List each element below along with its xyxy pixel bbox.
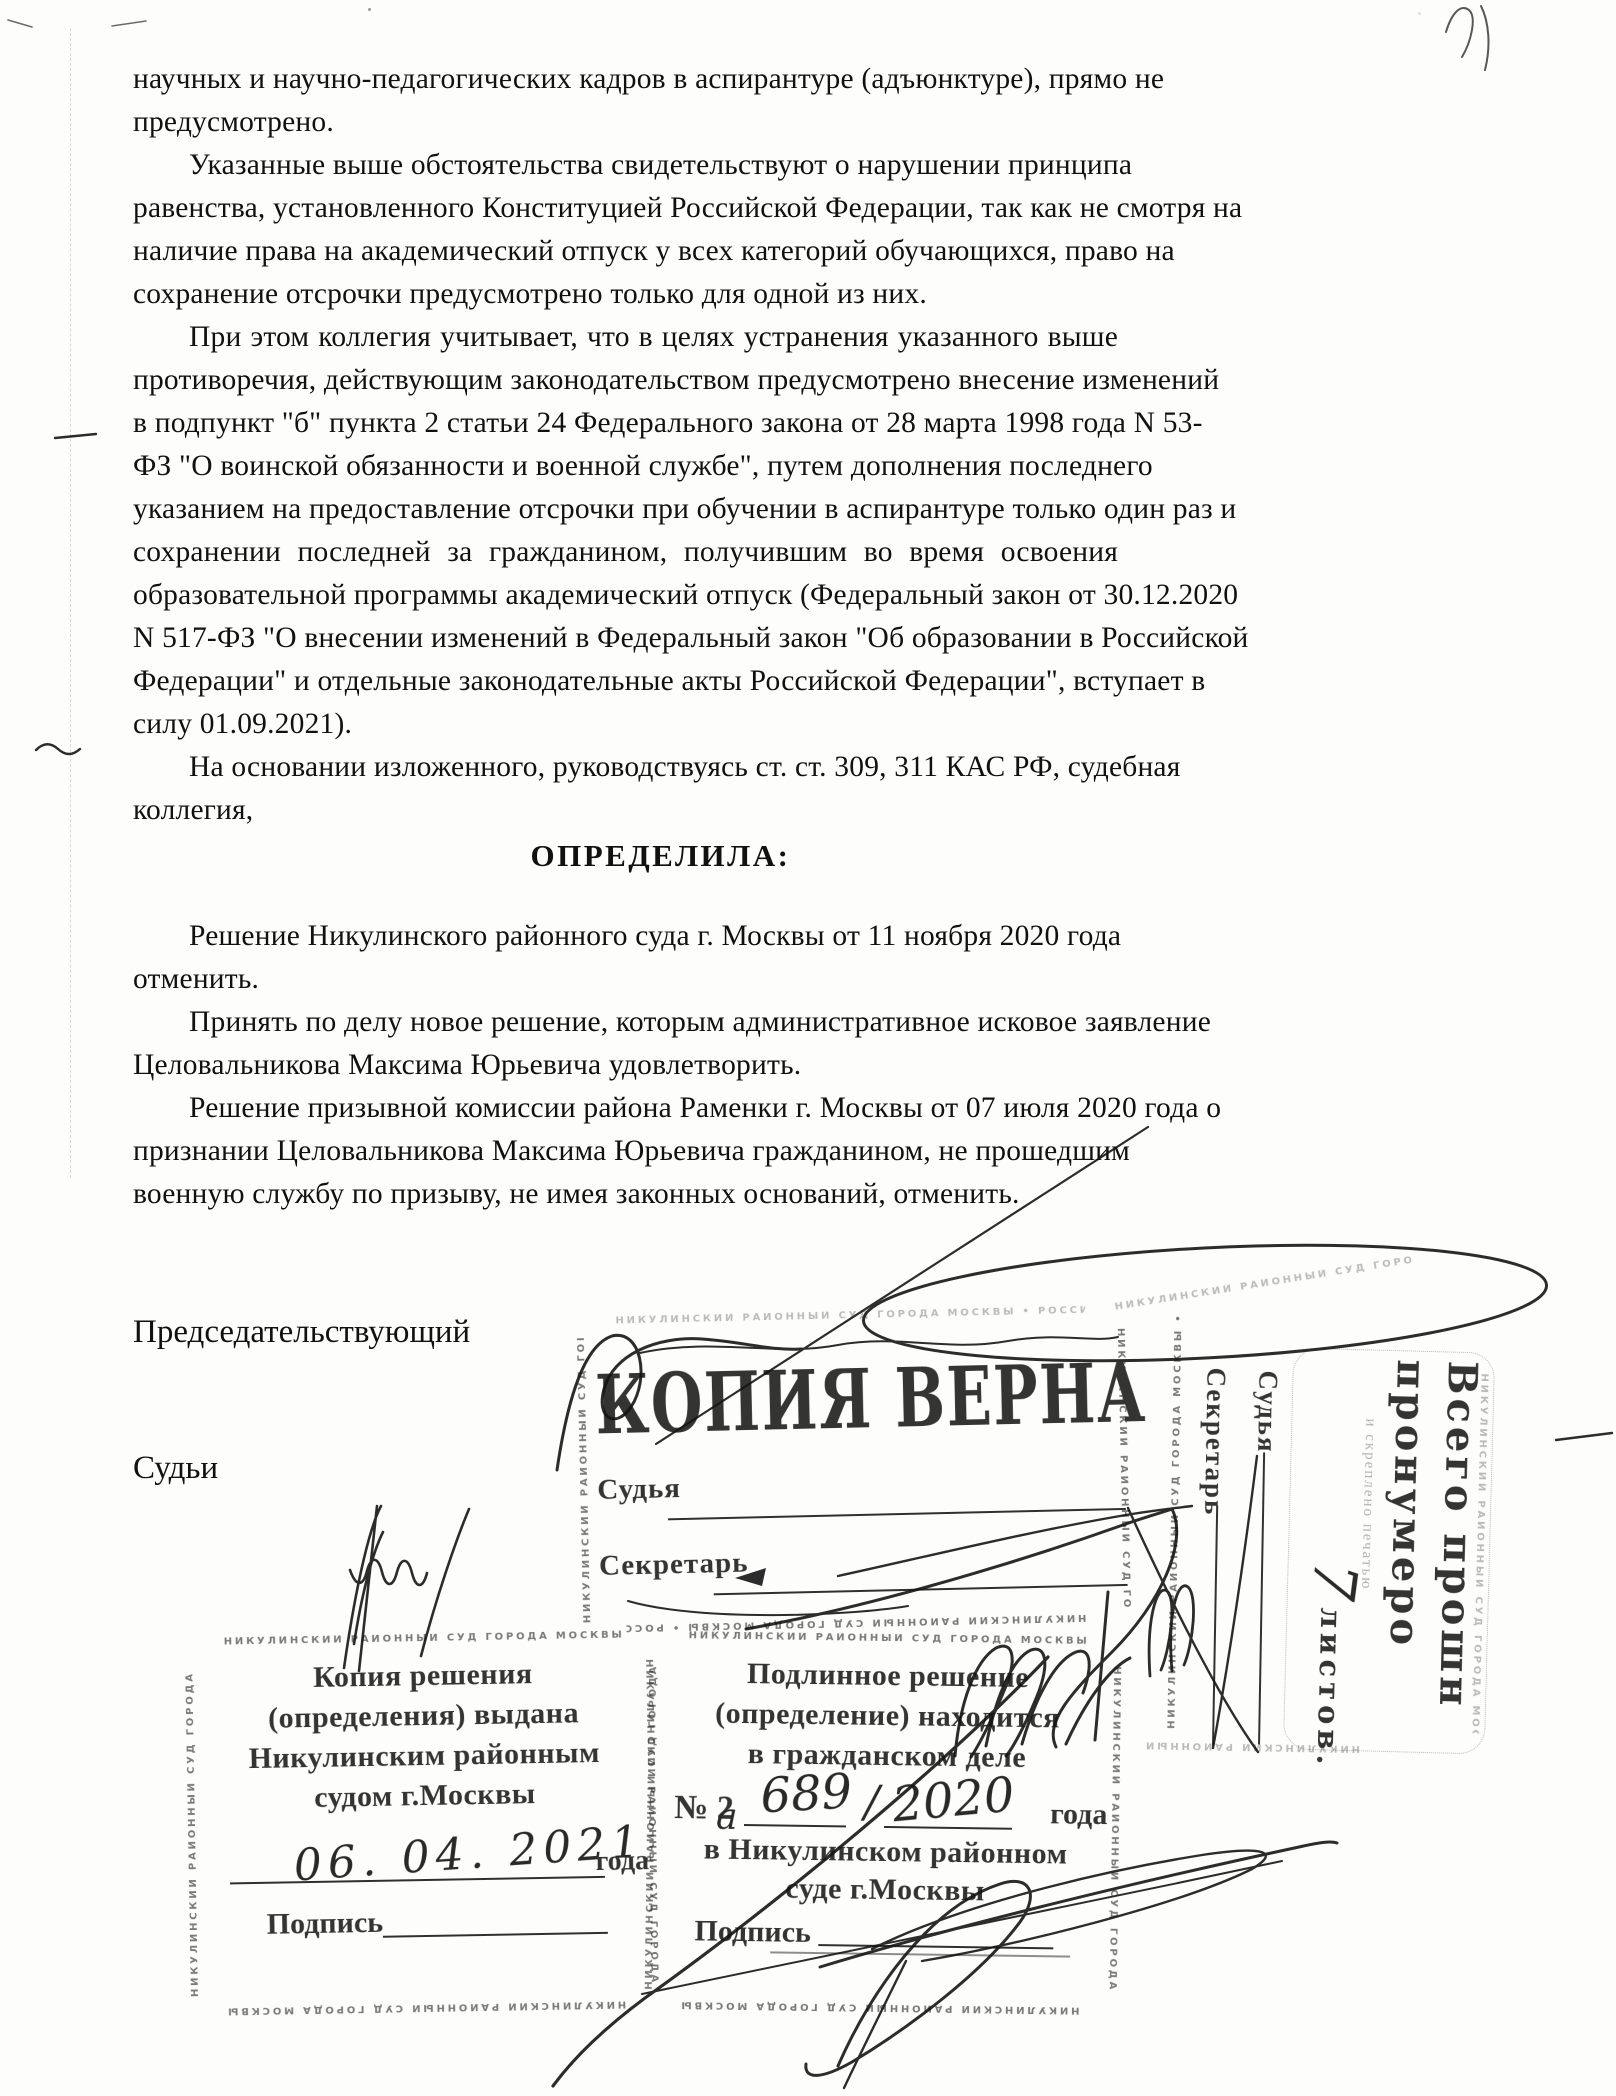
text-line: Указанные выше обстоятельства свидетельс…: [133, 144, 1118, 187]
scanned-court-document-page: научных и научно-педагогических кадров в…: [0, 0, 1616, 2096]
judge-field-label: Судья: [1251, 1370, 1283, 1454]
scan-speck: [1418, 12, 1421, 15]
original-case-line-5: суде г.Москвы: [651, 1870, 1119, 1911]
text-line: Федерации" и отдельные законодательные а…: [133, 660, 1118, 703]
text-line: научных и научно-педагогических кадров в…: [133, 58, 1118, 101]
secretary-signature-line: [714, 1584, 1128, 1595]
signature-line: [818, 1944, 1053, 1949]
signature-field-label: Подпись: [694, 1914, 811, 1950]
text-line: отменить.: [133, 958, 1118, 1001]
text-line: в подпункт "б" пункта 2 статьи 24 Федера…: [133, 402, 1118, 445]
case-number-line: [744, 1824, 846, 1827]
text-line: предусмотрено.: [133, 101, 1118, 144]
sheets-line-last: листов.: [1311, 1357, 1355, 1742]
original-case-line-1: Подлинное решение: [654, 1656, 1122, 1697]
judge-field-label: Судья: [597, 1472, 681, 1507]
stamp-ring-text: НИКУЛИНСКИЙ РАЙОННЫЙ СУД ГОРОДА МОСКВЫ •…: [226, 1998, 626, 2017]
text-line: силу 01.09.2021).: [133, 703, 1118, 746]
text-line: ФЗ "О воинской обязанности и военной слу…: [133, 445, 1118, 488]
stamp-ring-text: НИКУЛИНСКИЙ РАЙОННЫЙ СУД ГОРОДА МОСКВЫ •…: [576, 1338, 594, 1623]
stamp-ring-text: НИКУЛИНСКИЙ РАЙОННЫЙ СУД ГОРОДА МОСКВЫ •…: [615, 1305, 1085, 1328]
case-year-handwritten: 2020: [890, 1767, 1017, 1834]
text-line: противоречия, действующим законодательст…: [133, 359, 1118, 402]
copy-issued-line-3: Никулинским районным: [192, 1735, 658, 1777]
text-line: признании Целовальникова Максима Юрьевич…: [133, 1130, 1118, 1173]
copy-issued-stamp: НИКУЛИНСКИЙ РАЙОННЫЙ СУД ГОРОДА МОСКВЫ •…: [190, 1633, 662, 2019]
secretary-signature-line: [1212, 1506, 1218, 1746]
text-line: При этом коллегия учитывает, что в целях…: [133, 316, 1118, 359]
stamp-ring-text: НИКУЛИНСКИЙ РАЙОННЫЙ СУД ГОРОДА МОСКВЫ •…: [689, 1630, 1089, 1648]
copy-issued-line-4: судом г.Москвы: [192, 1775, 658, 1817]
secretary-field-label: Секретарь: [1198, 1367, 1232, 1516]
year-suffix-label: года: [595, 1845, 649, 1878]
fold-line: [70, 28, 71, 1178]
original-in-case-stamp: НИКУЛИНСКИЙ РАЙОННЫЙ СУД ГОРОДА МОСКВЫ •…: [649, 1634, 1122, 2018]
scan-speck: [368, 8, 371, 11]
stamp-ring-text: НИКУЛИНСКИЙ РАЙОННЫЙ СУД ГОРОДА МОСКВЫ •…: [224, 1630, 624, 1649]
text-line: Целовальникова Максима Юрьевича удовлетв…: [133, 1044, 1118, 1087]
judge-signature-line: [1258, 1452, 1265, 1744]
text-line: образовательной программы академический …: [133, 574, 1118, 617]
text-line: сохранении последней за гражданином, пол…: [133, 531, 1118, 574]
judge-signature-line: [668, 1508, 1126, 1520]
copy-issued-line-1: Копия решения: [190, 1655, 656, 1697]
signature-line: [383, 1932, 608, 1938]
copy-correct-title: КОПИЯ ВЕРНА: [594, 1345, 1147, 1453]
judges-label: Судьи: [133, 1450, 218, 1487]
document-body: научных и научно-педагогических кадров в…: [133, 58, 1118, 1216]
signature-line-2: [770, 1951, 1070, 1957]
text-line: Решение призывной комиссии района Раменк…: [133, 1087, 1118, 1130]
text-line: указанием на предоставление отсрочки при…: [133, 488, 1118, 531]
year-suffix-label: года: [1050, 1797, 1108, 1832]
original-case-line-2: (определение) находится: [653, 1696, 1121, 1737]
sheets-line-1: Всего прошн: [1429, 1360, 1486, 1745]
presiding-judge-label: Председательствующий: [133, 1314, 470, 1351]
text-line: коллегия,: [133, 789, 1118, 832]
original-case-line-4: в Никулинском районном: [651, 1832, 1119, 1873]
stamp-ring-text: НИКУЛИНСКИЙ РАЙОННЫЙ СУД ГОРОДА МОСКВЫ •…: [1114, 1255, 1412, 1314]
sheets-line-2: пронумеро: [1378, 1359, 1435, 1744]
stamp-ring-text: НИКУЛИНСКИЙ РАЙОННЫЙ СУД ГОРОДА МОСКВЫ •…: [679, 1998, 1079, 2016]
sheets-stamp-text: Всего прошн пронумеро и скреплено печать…: [1292, 1357, 1486, 1746]
case-slash-handwritten: /: [864, 1777, 880, 1828]
copy-issued-line-2: (определения) выдана: [191, 1695, 657, 1737]
case-number-handwritten: 689: [759, 1763, 854, 1824]
text-line: На основании изложенного, руководствуясь…: [133, 746, 1118, 789]
text-line: сохранение отсрочки предусмотрено только…: [133, 273, 1118, 316]
sheets-line-faint: и скреплено печатью: [1353, 1358, 1380, 1742]
text-line: равенства, установленного Конституцией Р…: [133, 187, 1118, 230]
stamp-ring-text: НИКУЛИНСКИЙ РАЙОННЫЙ СУД ГОРОДА МОСКВЫ •…: [1166, 1309, 1185, 1729]
text-line: военную службу по призыву, не имея закон…: [133, 1173, 1118, 1216]
original-case-line-3: в гражданском деле: [653, 1736, 1121, 1777]
signature-field-label: Подпись: [266, 1906, 383, 1942]
ruling-heading: ОПРЕДЕЛИЛА:: [168, 834, 1153, 877]
sheets-count-stamp: НИКУЛИНСКИЙ РАЙОННЫЙ СУД ГОРОДА МОСКВЫ •…: [1283, 1347, 1495, 1754]
secretary-field-label: Секретарь: [599, 1547, 749, 1583]
text-line: N 517-ФЗ "О внесении изменений в Федерал…: [133, 617, 1118, 660]
text-line: Решение Никулинского районного суда г. М…: [133, 915, 1118, 958]
copy-correct-stamp: НИКУЛИНСКИЙ РАЙОННЫЙ СУД ГОРОДА МОСКВЫ •…: [579, 1310, 1136, 1637]
text-line: наличие права на академический отпуск у …: [133, 230, 1118, 273]
text-line: Принять по делу новое решение, которым а…: [133, 1001, 1118, 1044]
